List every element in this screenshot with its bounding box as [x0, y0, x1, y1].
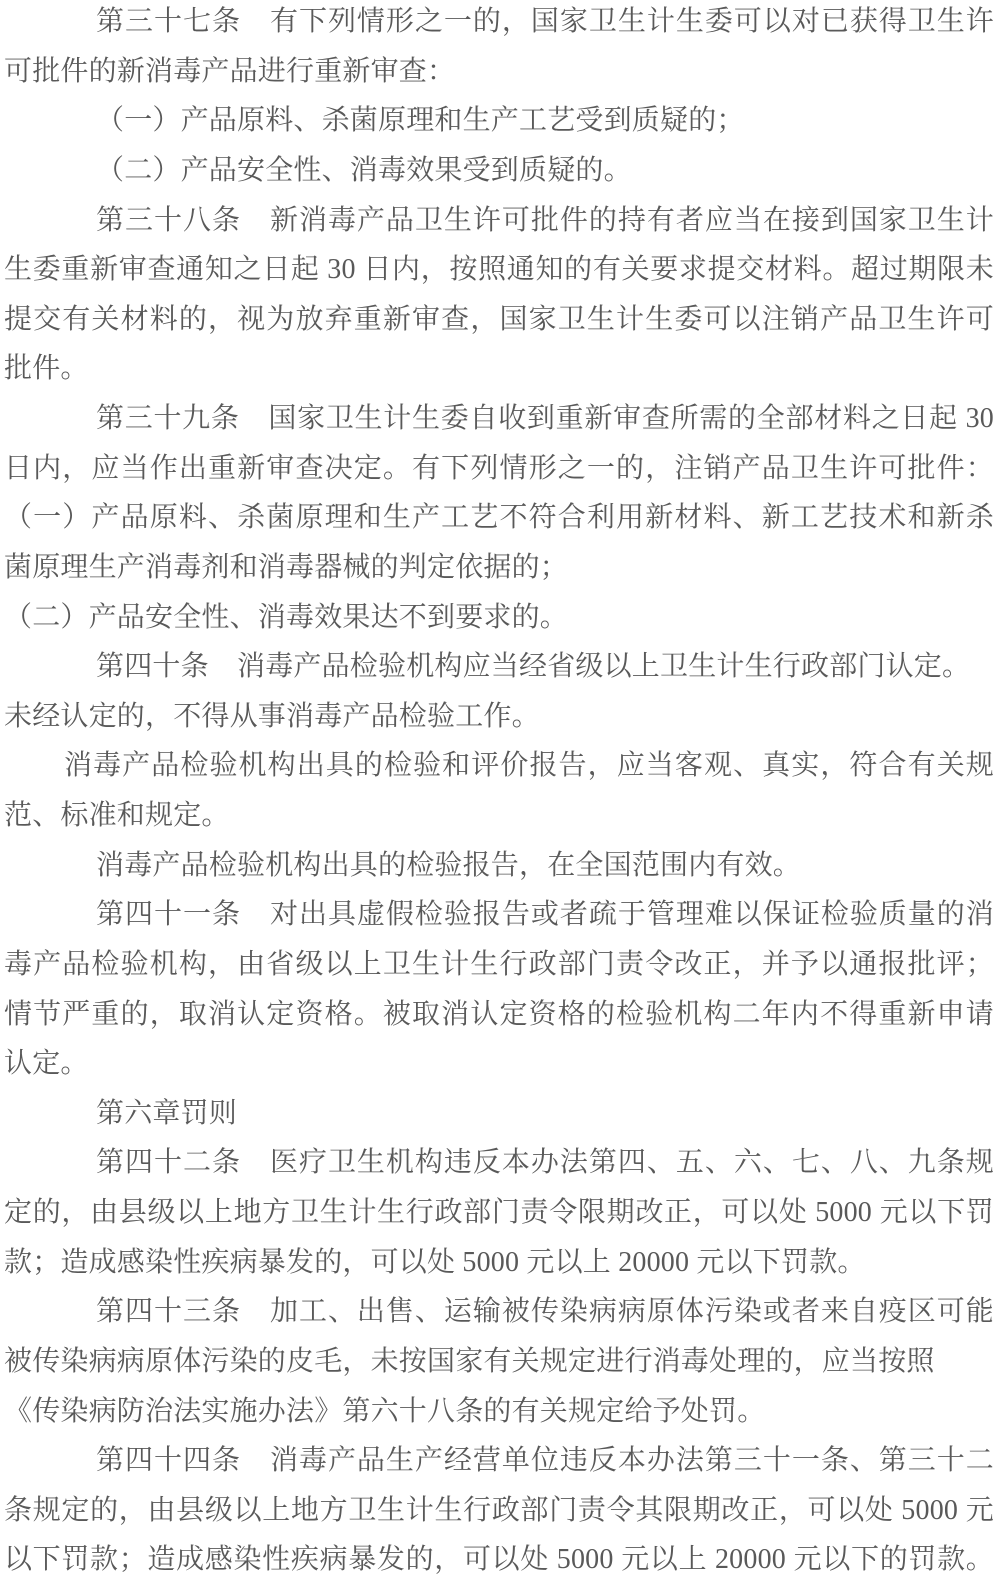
document-line: 消毒产品检验机构出具的检验报告，在全国范围内有效。: [4, 841, 994, 891]
document-line: 第四十四条 消毒产品生产经营单位违反本办法第三十一条、第三十二: [4, 1436, 994, 1486]
document-line: 第三十九条 国家卫生计生委自收到重新审查所需的全部材料之日起 30: [4, 394, 994, 444]
document-line: 可批件的新消毒产品进行重新审查：: [4, 47, 994, 97]
document-line: （一）产品原料、杀菌原理和生产工艺不符合利用新材料、新工艺技术和新杀: [4, 493, 994, 543]
document-line: 《传染病防治法实施办法》第六十八条的有关规定给予处罚。: [4, 1387, 994, 1437]
document-line: （一）产品原料、杀菌原理和生产工艺受到质疑的；: [4, 96, 994, 146]
document-line: 定的，由县级以上地方卫生计生行政部门责令限期改正，可以处 5000 元以下罚: [4, 1188, 994, 1238]
document-line: （二）产品安全性、消毒效果受到质疑的。: [4, 146, 994, 196]
document-line: 认定。: [4, 1039, 994, 1089]
document-line: 第三十八条 新消毒产品卫生许可批件的持有者应当在接到国家卫生计: [4, 196, 994, 246]
document-line: 未经认定的，不得从事消毒产品检验工作。: [4, 692, 994, 742]
document-line: 消毒产品检验机构出具的检验和评价报告，应当客观、真实，符合有关规: [4, 741, 994, 791]
document-line: 生委重新审查通知之日起 30 日内，按照通知的有关要求提交材料。超过期限未: [4, 245, 994, 295]
document-line: 批件。: [4, 344, 994, 394]
document-line: （二）产品安全性、消毒效果达不到要求的。: [4, 593, 994, 643]
legal-document: 第三十七条 有下列情形之一的，国家卫生计生委可以对已获得卫生许可批件的新消毒产品…: [4, 0, 994, 1585]
document-line: 范、标准和规定。: [4, 791, 994, 841]
document-line: 第四十二条 医疗卫生机构违反本办法第四、五、六、七、八、九条规: [4, 1138, 994, 1188]
document-line: 第四十三条 加工、出售、运输被传染病病原体污染或者来自疫区可能: [4, 1287, 994, 1337]
document-line: 提交有关材料的，视为放弃重新审查，国家卫生计生委可以注销产品卫生许可: [4, 295, 994, 345]
page: { "page": { "background": "#ffffff", "te…: [0, 0, 1000, 1588]
document-line: 第三十七条 有下列情形之一的，国家卫生计生委可以对已获得卫生许: [4, 0, 994, 47]
document-line: 菌原理生产消毒剂和消毒器械的判定依据的；: [4, 543, 994, 593]
document-line: 款；造成感染性疾病暴发的，可以处 5000 元以上 20000 元以下罚款。: [4, 1238, 994, 1288]
document-line: 毒产品检验机构，由省级以上卫生计生行政部门责令改正，并予以通报批评；: [4, 940, 994, 990]
document-line: 情节严重的，取消认定资格。被取消认定资格的检验机构二年内不得重新申请: [4, 990, 994, 1040]
document-line: 第六章罚则: [4, 1089, 994, 1139]
document-line: 条规定的，由县级以上地方卫生计生行政部门责令其限期改正，可以处 5000 元: [4, 1486, 994, 1536]
document-line: 第四十一条 对出具虚假检验报告或者疏于管理难以保证检验质量的消: [4, 890, 994, 940]
document-line: 以下罚款；造成感染性疾病暴发的，可以处 5000 元以上 20000 元以下的罚…: [4, 1535, 994, 1585]
document-line: 日内，应当作出重新审查决定。有下列情形之一的，注销产品卫生许可批件：: [4, 444, 994, 494]
document-line: 被传染病病原体污染的皮毛，未按国家有关规定进行消毒处理的，应当按照: [4, 1337, 994, 1387]
document-line: 第四十条 消毒产品检验机构应当经省级以上卫生计生行政部门认定。: [4, 642, 994, 692]
